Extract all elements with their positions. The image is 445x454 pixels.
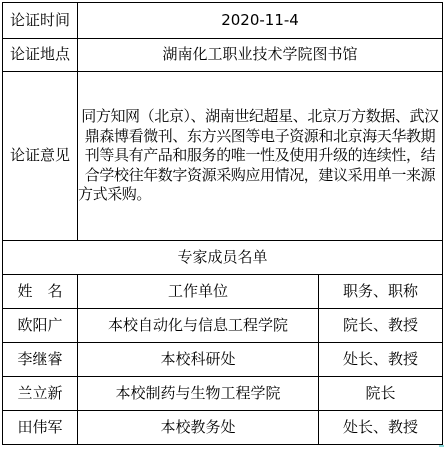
table-row: 专家成员名单	[3, 241, 443, 275]
row-value-opinion: 同方知网（北京）、湖南世纪超星、北京万方数据、武汉鼎森博看微刊、东方兴图等电子资…	[78, 72, 443, 241]
expert-title: 院长	[319, 377, 443, 411]
row-label-place: 论证地点	[3, 39, 78, 72]
expert-name: 田伟军	[3, 411, 78, 445]
row-value-time: 2020-11-4	[78, 3, 443, 39]
expert-unit: 本校制药与生物工程学院	[78, 377, 319, 411]
expert-name: 兰立新	[3, 377, 78, 411]
expert-title: 院长、教授	[319, 309, 443, 343]
row-label-time: 论证时间	[3, 3, 78, 39]
demonstration-record-table: 论证时间 2020-11-4 论证地点 湖南化工职业技术学院图书馆 论证意见 同…	[2, 2, 443, 445]
table-row: 论证意见 同方知网（北京）、湖南世纪超星、北京万方数据、武汉鼎森博看微刊、东方兴…	[3, 72, 443, 241]
expert-title: 处长、教授	[319, 411, 443, 445]
column-header-title: 职务、职称	[319, 275, 443, 309]
expert-row: 欧阳广 本校自动化与信息工程学院 院长、教授	[3, 309, 443, 343]
section-title: 专家成员名单	[3, 241, 443, 275]
expert-unit: 本校自动化与信息工程学院	[78, 309, 319, 343]
column-header-name: 姓 名	[3, 275, 78, 309]
table-row: 论证时间 2020-11-4	[3, 3, 443, 39]
expert-name: 欧阳广	[3, 309, 78, 343]
table-header-row: 姓 名 工作单位 职务、职称	[3, 275, 443, 309]
column-header-unit: 工作单位	[78, 275, 319, 309]
expert-row: 田伟军 本校教务处 处长、教授	[3, 411, 443, 445]
document-page: 论证时间 2020-11-4 论证地点 湖南化工职业技术学院图书馆 论证意见 同…	[0, 0, 445, 454]
scan-artifact-mark	[439, 445, 444, 447]
row-label-opinion: 论证意见	[3, 72, 78, 241]
expert-row: 兰立新 本校制药与生物工程学院 院长	[3, 377, 443, 411]
expert-unit: 本校教务处	[78, 411, 319, 445]
expert-name: 李继睿	[3, 343, 78, 377]
row-value-place: 湖南化工职业技术学院图书馆	[78, 39, 443, 72]
table-row: 论证地点 湖南化工职业技术学院图书馆	[3, 39, 443, 72]
expert-unit: 本校科研处	[78, 343, 319, 377]
expert-row: 李继睿 本校科研处 处长、教授	[3, 343, 443, 377]
expert-title: 处长、教授	[319, 343, 443, 377]
